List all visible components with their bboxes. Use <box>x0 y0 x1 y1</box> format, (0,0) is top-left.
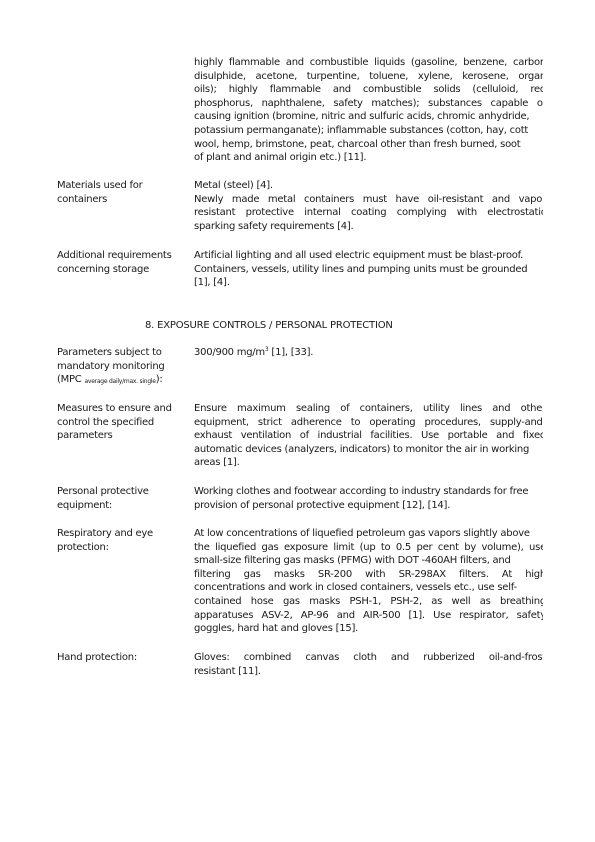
label-line: Materials used for <box>57 179 187 193</box>
text-line: oils); highly flammable and combustible … <box>194 83 543 97</box>
text-line: phosphorus, naphthalene, safety matches)… <box>194 97 543 111</box>
additional-storage-label: Additional requirements concerning stora… <box>57 249 187 276</box>
label-line: mandatory monitoring <box>57 360 187 374</box>
text-line: resistant protective internal coating co… <box>194 206 543 220</box>
label-line: parameters <box>57 429 187 443</box>
text-line: Containers, vessels, utility lines and p… <box>194 263 543 277</box>
label-line: Additional requirements <box>57 249 187 263</box>
text-line: of plant and animal origin etc.) [11]. <box>194 151 543 165</box>
continued-text: highly flammable and combustible liquids… <box>194 56 543 165</box>
mpc-subscript: average daily/max. single <box>84 378 155 385</box>
text-line: causing ignition (bromine, nitric and su… <box>194 110 543 124</box>
label-line: containers <box>57 193 187 207</box>
text-line: Gloves: combined canvas cloth and rubber… <box>194 651 543 665</box>
materials-containers-label: Materials used for containers <box>57 179 187 206</box>
mpc-prefix: (MPC <box>57 374 84 385</box>
page-content: highly flammable and combustible liquids… <box>0 0 543 842</box>
label-line: (MPC average daily/max. single): <box>57 373 187 387</box>
text-line: provision of personal protective equipme… <box>194 499 543 513</box>
text-line: resistant [11]. <box>194 665 543 679</box>
text-line: concentrations and work in closed contai… <box>194 581 543 595</box>
text-line: highly flammable and combustible liquids… <box>194 56 543 70</box>
section-heading: 8. EXPOSURE CONTROLS / PERSONAL PROTECTI… <box>145 319 393 333</box>
hand-protection-label: Hand protection: <box>57 651 187 665</box>
label-line: Respiratory and eye <box>57 527 187 541</box>
text-line: Ensure maximum sealing of containers, ut… <box>194 402 543 416</box>
text-line: Working clothes and footwear according t… <box>194 485 543 499</box>
ppe-value: Working clothes and footwear according t… <box>194 485 543 512</box>
text-line: Newly made metal containers must have oi… <box>194 193 543 207</box>
text-line: potassium permanganate); inflammable sub… <box>194 124 543 138</box>
label-line: protection: <box>57 541 187 555</box>
text-line: contained hose gas masks PSH-1, PSH-2, a… <box>194 595 543 609</box>
text-line: small-size filtering gas masks (PFMG) wi… <box>194 554 543 568</box>
text-line: equipment, strict adherence to operating… <box>194 416 543 430</box>
label-line: control the specified <box>57 416 187 430</box>
text-line: disulphide, acetone, turpentine, toluene… <box>194 70 543 84</box>
hand-protection-value: Gloves: combined canvas cloth and rubber… <box>194 651 543 678</box>
text-line: areas [1]. <box>194 456 543 470</box>
text-line: apparatuses ASV-2, AP-96 and AIR-500 [1]… <box>194 609 543 623</box>
text-line: goggles, hard hat and gloves [15]. <box>194 622 543 636</box>
text-line: At low concentrations of liquefied petro… <box>194 527 543 541</box>
parameters-monitoring-value: 300/900 mg/m3 [1], [33]. <box>194 346 543 360</box>
text-line: wool, hemp, brimstone, peat, charcoal ot… <box>194 138 543 152</box>
label-line: Hand protection: <box>57 651 187 665</box>
text-line: [1], [4]. <box>194 276 543 290</box>
text-line: Artificial lighting and all used electri… <box>194 249 543 263</box>
label-line: equipment: <box>57 499 187 513</box>
text-line: filtering gas masks SR-200 with SR-298AX… <box>194 568 543 582</box>
label-line: Personal protective <box>57 485 187 499</box>
document-page: highly flammable and combustible liquids… <box>0 0 595 842</box>
measures-control-value: Ensure maximum sealing of containers, ut… <box>194 402 543 470</box>
ppe-label: Personal protective equipment: <box>57 485 187 512</box>
respiratory-eye-value: At low concentrations of liquefied petro… <box>194 527 543 636</box>
additional-storage-value: Artificial lighting and all used electri… <box>194 249 543 290</box>
label-line: Measures to ensure and <box>57 402 187 416</box>
measures-control-label: Measures to ensure and control the speci… <box>57 402 187 443</box>
text-line: sparking safety requirements [4]. <box>194 220 543 234</box>
materials-containers-value: Metal (steel) [4]. Newly made metal cont… <box>194 179 543 233</box>
mpc-value: 300/900 mg/m <box>194 347 265 358</box>
parameters-monitoring-label: Parameters subject to mandatory monitori… <box>57 346 187 387</box>
text-line: exhaust ventilation of industrial facili… <box>194 429 543 443</box>
text-line: the liquefied gas exposure limit (up to … <box>194 541 543 555</box>
label-line: Parameters subject to <box>57 346 187 360</box>
mpc-suffix: ): <box>156 374 163 385</box>
text-line: Metal (steel) [4]. <box>194 179 543 193</box>
text-line: automatic devices (analyzers, indicators… <box>194 443 543 457</box>
respiratory-eye-label: Respiratory and eye protection: <box>57 527 187 554</box>
mpc-references: [1], [33]. <box>269 347 314 358</box>
text-line: 300/900 mg/m3 [1], [33]. <box>194 346 543 360</box>
label-line: concerning storage <box>57 263 187 277</box>
